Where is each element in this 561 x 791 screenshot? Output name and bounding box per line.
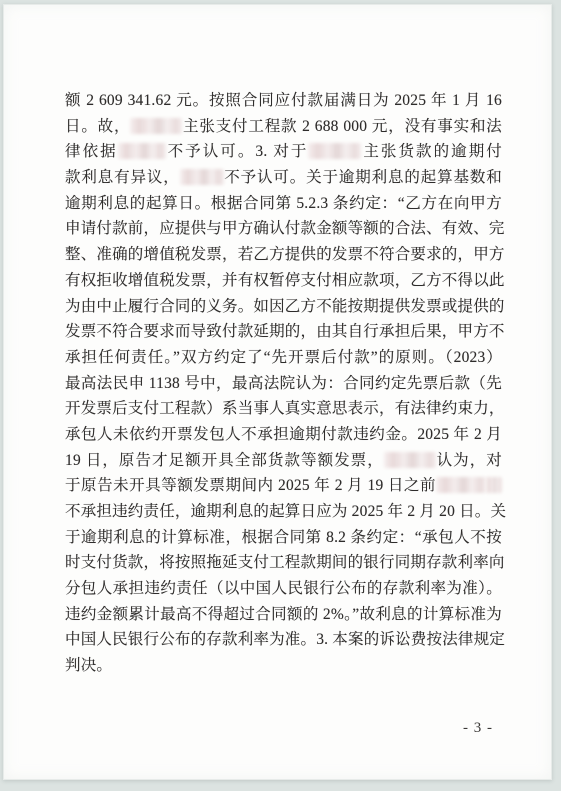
doc-line: 时支付货款，将按照拖延支付工程款期间的银行同期存款利率向	[65, 550, 502, 576]
redacted-block	[180, 169, 224, 185]
doc-line: 于逾期利息的计算标准，根据合同第 8.2 条约定：“承包人不按	[65, 525, 502, 551]
doc-line: 为由中止履行合同的义务。如因乙方不能按期提供发票或提供的	[65, 294, 502, 320]
doc-text-segment: 主张支付工程款 2 688 000 元，没有事实和法	[182, 118, 502, 135]
page-number: - 3 -	[456, 720, 500, 737]
doc-text-segment: 律依据	[65, 143, 118, 160]
doc-text-segment: 承担任何责任。”双方约定了“先开票后付款”的原则。（2023）	[65, 349, 502, 366]
document-text: 额 2 609 341.62 元。按照合同应付款届满日为 2025 年 1 月 …	[65, 88, 502, 679]
document-page: 额 2 609 341.62 元。按照合同应付款届满日为 2025 年 1 月 …	[3, 4, 552, 780]
doc-line: 违约金额累计最高不得超过合同额的 2%。”故利息的计算标准为	[65, 602, 502, 628]
doc-text-segment: 判决。	[65, 657, 112, 674]
doc-line: 有权拒收增值税发票，并有权暂停支付相应款项，乙方不得以此	[65, 268, 502, 294]
doc-line: 中国人民银行公布的存款利率为准。3. 本案的诉讼费按法律规定	[65, 627, 502, 653]
doc-line: 款利息有异议，不予认可。关于逾期利息的起算基数和	[65, 165, 502, 191]
redacted-block	[436, 477, 486, 493]
doc-text-segment: 不承担违约责任，逾期利息的起算日应为 2025 年 2 月 20 日。关	[65, 503, 506, 520]
doc-line: 判决。	[65, 653, 502, 679]
doc-text-segment: 有权拒收增值税发票，并有权暂停支付相应款项，乙方不得以此	[65, 272, 505, 289]
doc-text-segment: 整、准确的增值税发票，若乙方提供的发票不符合要求的，甲方	[65, 246, 505, 263]
doc-text-segment: 逾期利息的起算日。根据合同第 5.2.3 条约定：“乙方在向甲方	[65, 195, 502, 212]
doc-text-segment: 为由中止履行合同的义务。如因乙方不能按期提供发票或提供的	[65, 298, 505, 315]
doc-line: 发票不符合要求而导致付款延期的，由其自行承担后果，甲方不	[65, 319, 502, 345]
doc-text-segment: 承包人未依约开票发包人不承担逾期付款违约金。2025 年 2 月	[65, 426, 502, 443]
doc-text-segment: 额 2 609 341.62 元。按照合同应付款届满日为 2025 年 1 月 …	[65, 92, 502, 109]
doc-line: 整、准确的增值税发票，若乙方提供的发票不符合要求的，甲方	[65, 242, 502, 268]
redacted-block	[308, 143, 361, 159]
doc-line: 不承担违约责任，逾期利息的起算日应为 2025 年 2 月 20 日。关	[65, 499, 502, 525]
redacted-block	[486, 477, 502, 493]
doc-text-segment: 不予认可。关于逾期利息的起算基数和	[224, 169, 502, 186]
doc-text-segment: 发票不符合要求而导致付款延期的，由其自行承担后果，甲方不	[65, 323, 505, 340]
doc-line: 律依据不予认可。3. 对于主张货款的逾期付	[65, 139, 502, 165]
doc-line: 开发票后支付工程款）系当事人真实意思表示，有法律约束力，	[65, 396, 502, 422]
doc-text-segment: 19 日，原告才足额开具全部货款等额发票，	[65, 452, 384, 469]
doc-line: 分包人承担违约责任（以中国人民银行公布的存款利率为准）。	[65, 576, 502, 602]
doc-line: 19 日，原告才足额开具全部货款等额发票，认为，对	[65, 448, 502, 474]
doc-text-segment: 申请付款前，应提供与甲方确认付款金额等额的合法、有效、完	[65, 220, 505, 237]
doc-text-segment: 开发票后支付工程款）系当事人真实意思表示，有法律约束力，	[65, 400, 505, 417]
doc-line: 承包人未依约开票发包人不承担逾期付款违约金。2025 年 2 月	[65, 422, 502, 448]
doc-text-segment: 不予认可。3. 对于	[166, 143, 309, 160]
doc-line: 申请付款前，应提供与甲方确认付款金额等额的合法、有效、完	[65, 216, 502, 242]
doc-text-segment: 分包人承担违约责任（以中国人民银行公布的存款利率为准）。	[65, 580, 502, 597]
redacted-block	[130, 118, 182, 134]
doc-line: 最高法民申 1138 号中，最高法院认为：合同约定先票后款（先	[65, 371, 502, 397]
redacted-block	[384, 452, 436, 468]
doc-text-segment: 日。故，	[65, 118, 130, 135]
doc-text-segment: 时支付货款，将按照拖延支付工程款期间的银行同期存款利率向	[65, 554, 505, 571]
doc-text-segment: 于逾期利息的计算标准，根据合同第 8.2 条约定：“承包人不按	[65, 529, 502, 546]
doc-line: 于原告未开具等额发票期间内 2025 年 2 月 19 日之前	[65, 473, 502, 499]
doc-text-segment: 最高法民申 1138 号中，最高法院认为：合同约定先票后款（先	[65, 375, 502, 392]
doc-text-segment: 款利息有异议，	[65, 169, 180, 186]
doc-line: 逾期利息的起算日。根据合同第 5.2.3 条约定：“乙方在向甲方	[65, 191, 502, 217]
doc-text-segment: 主张货款的逾期付	[361, 143, 502, 160]
doc-text-segment: 违约金额累计最高不得超过合同额的 2%。”故利息的计算标准为	[65, 606, 502, 623]
doc-line: 日。故，主张支付工程款 2 688 000 元，没有事实和法	[65, 114, 502, 140]
redacted-block	[118, 143, 166, 159]
doc-text-segment: 认为，对	[436, 452, 502, 469]
doc-text-segment: 中国人民银行公布的存款利率为准。3. 本案的诉讼费按法律规定	[65, 631, 505, 648]
doc-line: 承担任何责任。”双方约定了“先开票后付款”的原则。（2023）	[65, 345, 502, 371]
doc-text-segment: 于原告未开具等额发票期间内 2025 年 2 月 19 日之前	[65, 477, 436, 494]
doc-line: 额 2 609 341.62 元。按照合同应付款届满日为 2025 年 1 月 …	[65, 88, 502, 114]
